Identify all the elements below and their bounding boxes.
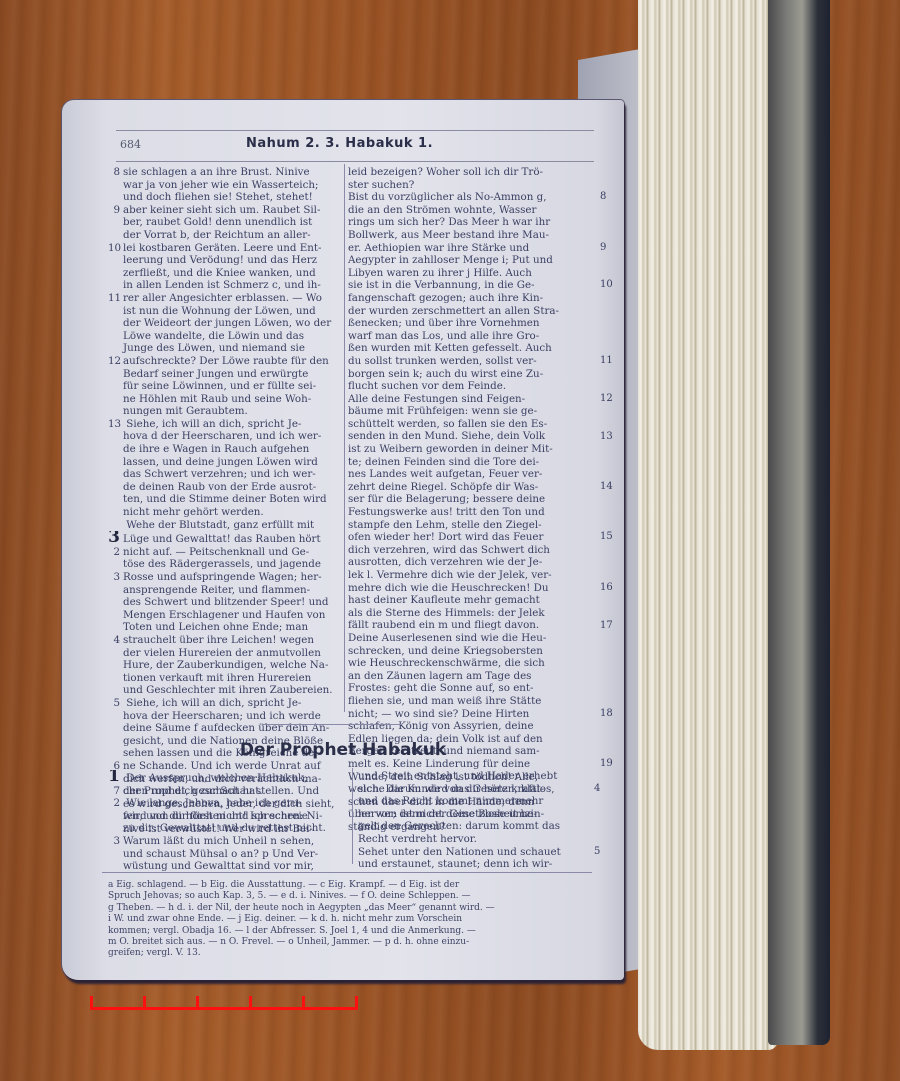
verse-number: 5: [108, 697, 120, 710]
text-line: Alle deine Festungen sind Feigen-: [348, 393, 596, 406]
text-line: sie ist in die Verbannung, in die Ge-: [348, 279, 596, 292]
text-line: die an den Strömen wohnte, Wasser: [348, 204, 596, 217]
verse-text: te; deinen Feinden sind die Tore dei-: [348, 456, 539, 468]
right-column-text: leid bezeigen? Woher soll ich dir Trö-st…: [348, 166, 596, 833]
text-line: und doch fliehen sie! Stehet, stehet!: [108, 191, 340, 204]
verse-text: de ihre e Wagen in Rauch aufgehen: [123, 443, 309, 455]
verse-number: 14: [600, 481, 613, 494]
text-line: der Vorrat b, der Reichtum an aller-: [108, 229, 340, 242]
text-line: warf man das Los, und alle ihre Gro-: [348, 330, 596, 343]
verse-text: fliehen sie, und man weiß ihre Stätte: [348, 695, 541, 707]
text-line: bäume mit Frühfeigen: wenn sie ge-: [348, 405, 596, 418]
verse-text: an den Zäunen lagern am Tage des: [348, 670, 531, 682]
verse-text: hast deiner Kaufleute mehr gemacht: [348, 594, 540, 606]
text-line: 3Lüge und Gewalttat! das Rauben hört: [108, 531, 340, 546]
text-line: und schaust Mühsal o an? p Und Ver-: [108, 848, 346, 861]
text-line: hast deiner Kaufleute mehr gemacht: [348, 594, 596, 607]
text-line: wie Heuschreckenschwärme, die sich: [348, 657, 596, 670]
text-line: ßenecken; und über ihre Vornehmen: [348, 317, 596, 330]
verse-text: Siehe, ich will an dich, spricht Je-: [123, 418, 301, 430]
verse-text: ist zu Weibern geworden in deiner Mit-: [348, 443, 553, 455]
text-line: te; deinen Feinden sind die Tore dei-: [348, 456, 596, 469]
verse-text: hervor; denn der Gesetzlose umzin-: [358, 808, 544, 820]
verse-text: dich verzehren, wird das Schwert dich: [348, 544, 550, 556]
verse-number: 2: [108, 546, 120, 559]
text-line: schrecken, und deine Kriegsobersten: [348, 645, 596, 658]
footnote-line: g Theben. — h d. i. der Nil, der heute n…: [108, 903, 598, 914]
verse-text: strauchelt über ihre Leichen! wegen: [123, 634, 314, 646]
section-separator: [262, 724, 402, 725]
verse-text: Bedarf seiner Jungen und erwürgte: [123, 368, 308, 380]
verse-number: 18: [600, 708, 613, 721]
verse-text: ster suchen?: [348, 179, 414, 191]
verse-text: ist nun die Wohnung der Löwen, und: [123, 305, 316, 317]
text-line: an den Zäunen lagern am Tage des: [348, 670, 596, 683]
verse-number: 3: [108, 571, 120, 584]
verse-text: flucht suchen vor dem Feinde.: [348, 380, 506, 392]
verse-text: Festungswerke aus! tritt den Ton und: [348, 506, 545, 518]
verse-number: 2: [108, 797, 120, 810]
footnote-line: m O. breitet sich aus. — n O. Frevel. — …: [108, 937, 598, 948]
chapter-number: 1: [108, 770, 120, 783]
text-line: Bollwerk, aus Meer bestand ihre Mau-: [348, 229, 596, 242]
verse-text: Siehe, ich will an dich, spricht Je-: [123, 697, 301, 709]
text-line: 10lei kostbaren Geräten. Leere und Ent-: [108, 242, 340, 255]
text-line: Wehe der Blutstadt, ganz erfüllt mit: [108, 519, 340, 532]
verse-text: nicht mehr gehört werden.: [123, 506, 264, 518]
text-line: der Weideort der jungen Löwen, wo der: [108, 317, 340, 330]
verse-text: Deine Auserlesenen sind wie die Heu-: [348, 632, 546, 644]
text-line: nicht mehr gehört werden.: [108, 506, 340, 519]
verse-text: rer aller Angesichter erblassen. — Wo: [123, 292, 322, 304]
habakuk-left-column: 1 Der Ausspruch, welchen Habakuk,der Pro…: [108, 770, 346, 873]
verse-text: und erstaunet, staunet; denn ich wir-: [358, 858, 552, 870]
verse-text: ßenecken; und über ihre Vornehmen: [348, 317, 539, 329]
verse-text: nicht; — wo sind sie? Deine Hirten: [348, 708, 529, 720]
verse-number: 8: [600, 191, 606, 204]
text-line: fangenschaft gezogen; auch ihre Kin-: [348, 292, 596, 305]
text-line: war ja von jeher wie ein Wasserteich;: [108, 179, 340, 192]
text-line: leid bezeigen? Woher soll ich dir Trö-: [348, 166, 596, 179]
text-line: in allen Lenden ist Schmerz c, und ih-: [108, 279, 340, 292]
verse-text: Warum läßt du mich Unheil n sehen,: [123, 835, 314, 847]
verse-text: ser für die Belagerung; bessere deine: [348, 493, 545, 505]
chapter-number: 3: [108, 531, 120, 544]
verse-text: als die Sterne des Himmels: der Jelek: [348, 607, 545, 619]
page-number: 684: [120, 138, 141, 151]
verse-text: ten, und die Stimme deiner Boten wird: [123, 493, 327, 505]
verse-number: 12: [108, 355, 120, 368]
text-line: des Schwert und blitzender Speer! und: [108, 596, 340, 609]
verse-text: zehrt deine Riegel. Schöpfe dir Was-: [348, 481, 538, 493]
text-line: und das Recht kommt nimmermehr: [358, 795, 590, 808]
text-line: Bist du vorzüglicher als No-Ammon g,: [348, 191, 596, 204]
verse-number: 11: [108, 292, 120, 305]
text-line: borgen sein k; auch du wirst eine Zu-: [348, 368, 596, 381]
text-line: tionen verkauft mit ihren Hurereien: [108, 672, 340, 685]
text-line: er. Aethiopien war ihre Stärke und: [348, 242, 596, 255]
verse-text: Bollwerk, aus Meer bestand ihre Mau-: [348, 229, 549, 241]
text-line: ansprengende Reiter, und flammen-: [108, 584, 340, 597]
text-line: zehrt deine Riegel. Schöpfe dir Was-: [348, 481, 596, 494]
verse-number: 10: [108, 242, 120, 255]
page-block-edges: [638, 0, 778, 1050]
verse-text: aufschreckte? Der Löwe raubte für den: [123, 355, 329, 367]
text-line: 13 Siehe, ich will an dich, spricht Je-: [108, 418, 340, 431]
text-line: der vielen Hurereien der anmutvollen: [108, 647, 340, 660]
verse-text: der vielen Hurereien der anmutvollen: [123, 647, 321, 659]
text-line: für seine Löwinnen, und er füllte sei-: [108, 380, 340, 393]
text-line: Toten und Leichen ohne Ende; man: [108, 621, 340, 634]
text-line: Junge des Löwen, und niemand sie: [108, 342, 340, 355]
verse-text: der wurden zerschmettert an allen Stra-: [348, 305, 559, 317]
verse-number: 8: [108, 166, 120, 179]
text-line: fen, und du hörst nicht! Ich schreie: [108, 810, 346, 823]
verse-text: er. Aethiopien war ihre Stärke und: [348, 242, 529, 254]
text-line: Recht verdreht hervor.: [358, 833, 590, 846]
text-line: ist nun die Wohnung der Löwen, und: [108, 305, 340, 318]
text-line: de deinen Raub von der Erde ausrot-: [108, 481, 340, 494]
verse-text: gelt den Gerechten: darum kommt das: [358, 820, 560, 832]
left-column-text: 8sie schlagen a an ihre Brust. Ninivewar…: [108, 166, 340, 835]
scale-bar-tick: [196, 996, 199, 1010]
text-line: ten, und die Stimme deiner Boten wird: [108, 493, 340, 506]
verse-text: das Schwert verzehren; und ich wer-: [123, 468, 316, 480]
text-line: Libyen waren zu ihrer j Hilfe. Auch: [348, 267, 596, 280]
text-line: der Prophet, geschaut hat.: [108, 785, 346, 798]
text-line: töse des Rädergerassels, und jagende: [108, 558, 340, 571]
verse-number: 10: [600, 279, 613, 292]
verse-text: fen, und du hörst nicht! Ich schreie: [123, 810, 308, 822]
verse-text: nungen mit Geraubtem.: [123, 405, 248, 417]
habakuk-right-column: und Streit entsteht, und Hader erhebt4si…: [358, 770, 590, 871]
text-line: ser für die Belagerung; bessere deine: [348, 493, 596, 506]
verse-text: zerfließt, und die Kniee wanken, und: [123, 267, 316, 279]
text-line: fällt raubend ein m und fliegt davon.: [348, 619, 596, 632]
text-line: Löwe wandelte, die Löwin und das: [108, 330, 340, 343]
verse-text: ber, raubet Gold! denn unendlich ist: [123, 216, 312, 228]
verse-text: bäume mit Frühfeigen: wenn sie ge-: [348, 405, 537, 417]
text-line: stampfe den Lehm, stelle den Ziegel-: [348, 519, 596, 532]
text-line: Deine Auserlesenen sind wie die Heu-: [348, 632, 596, 645]
verse-number: 3: [108, 835, 120, 848]
text-line: Sehet unter den Nationen und schauet: [358, 846, 590, 859]
verse-text: du sollst trunken werden, sollst ver-: [348, 355, 537, 367]
verse-text: nicht auf. — Peitschenknall und Ge-: [123, 546, 309, 558]
book-page: 684 Nahum 2. 3. Habakuk 1. 8sie schlagen…: [62, 100, 624, 980]
text-line: rings um sich her? Das Meer h war ihr: [348, 216, 596, 229]
verse-text: stampfe den Lehm, stelle den Ziegel-: [348, 519, 542, 531]
verse-text: Hure, der Zauberkundigen, welche Na-: [123, 659, 328, 671]
text-line: Bedarf seiner Jungen und erwürgte: [108, 368, 340, 381]
verse-text: Lüge und Gewalttat! das Rauben hört: [123, 533, 321, 545]
text-line: ster suchen?: [348, 179, 596, 192]
text-line: Frostes: geht die Sonne auf, so ent-: [348, 682, 596, 695]
verse-text: Junge des Löwen, und niemand sie: [123, 342, 305, 354]
text-line: 2nicht auf. — Peitschenknall und Ge-: [108, 546, 340, 559]
text-line: 3Warum läßt du mich Unheil n sehen,: [108, 835, 346, 848]
verse-text: Mengen Erschlagener und Haufen von: [123, 609, 325, 621]
text-line: 1 Der Ausspruch, welchen Habakuk,: [108, 770, 346, 785]
text-line: flucht suchen vor dem Feinde.: [348, 380, 596, 393]
text-line: und Streit entsteht, und Hader erhebt: [358, 770, 590, 783]
text-line: als die Sterne des Himmels: der Jelek: [348, 607, 596, 620]
verse-text: Recht verdreht hervor.: [358, 833, 477, 845]
verse-number: 16: [600, 582, 613, 595]
verse-text: fangenschaft gezogen; auch ihre Kin-: [348, 292, 543, 304]
verse-text: lassen, und deine jungen Löwen wird: [123, 456, 318, 468]
verse-number: 5: [594, 846, 600, 859]
verse-text: borgen sein k; auch du wirst eine Zu-: [348, 368, 543, 380]
verse-text: und Streit entsteht, und Hader erhebt: [358, 770, 557, 782]
book-title: Der Prophet Habakuk: [62, 740, 624, 760]
verse-text: des Schwert und blitzender Speer! und: [123, 596, 328, 608]
verse-text: wüstung und Gewalttat sind vor mir,: [123, 860, 314, 872]
text-line: ausrotten, dich verzehren wie der Je-: [348, 556, 596, 569]
text-line: 4strauchelt über ihre Leichen! wegen: [108, 634, 340, 647]
verse-text: ansprengende Reiter, und flammen-: [123, 584, 310, 596]
verse-text: Sehet unter den Nationen und schauet: [358, 846, 561, 858]
verse-text: rings um sich her? Das Meer h war ihr: [348, 216, 550, 228]
column-divider: [344, 164, 345, 712]
text-line: ist zu Weibern geworden in deiner Mit-: [348, 443, 596, 456]
verse-number: 9: [600, 242, 606, 255]
text-line: lassen, und deine jungen Löwen wird: [108, 456, 340, 469]
page-header: 684 Nahum 2. 3. Habakuk 1.: [116, 130, 594, 162]
text-line: Aegypter in zahlloser Menge i; Put und: [348, 254, 596, 267]
verse-text: fällt raubend ein m und fliegt davon.: [348, 619, 539, 631]
verse-text: wie Heuschreckenschwärme, die sich: [348, 657, 545, 669]
text-line: 3Rosse und aufspringende Wagen; her-: [108, 571, 340, 584]
text-line: sich. Darum wird das Gesetz kraftlos,: [358, 783, 590, 796]
text-line: nungen mit Geraubtem.: [108, 405, 340, 418]
verse-text: für seine Löwinnen, und er füllte sei-: [123, 380, 316, 392]
footnote-line: Spruch Jehovas; so auch Kap. 3, 5. — e d…: [108, 891, 598, 902]
verse-text: ofen wieder her! Dort wird das Feuer: [348, 531, 543, 543]
verse-text: und doch fliehen sie! Stehet, stehet!: [123, 191, 313, 203]
verse-text: ne Höhlen mit Raub und seine Woh-: [123, 393, 311, 405]
text-line: schlafen, König von Assyrien, deine: [348, 720, 596, 733]
text-line: senden in den Mund. Siehe, dein Volk: [348, 430, 596, 443]
scale-bar-tick: [302, 996, 305, 1010]
column-divider-habakuk: [352, 768, 353, 864]
text-line: 9aber keiner sieht sich um. Raubet Sil-: [108, 204, 340, 217]
verse-text: der Prophet, geschaut hat.: [123, 785, 263, 797]
scale-bar: [90, 996, 358, 1010]
verse-number: 11: [600, 355, 613, 368]
footnote-line: a Eig. schlagend. — b Eig. die Ausstattu…: [108, 880, 598, 891]
text-line: ßen wurden mit Ketten gefesselt. Auch: [348, 342, 596, 355]
text-line: ne Höhlen mit Raub und seine Woh-: [108, 393, 340, 406]
book-cover-spine: [768, 0, 830, 1045]
text-line: der wurden zerschmettert an allen Stra-: [348, 305, 596, 318]
verse-text: töse des Rädergerassels, und jagende: [123, 558, 321, 570]
verse-text: die an den Strömen wohnte, Wasser: [348, 204, 536, 216]
text-line: fliehen sie, und man weiß ihre Stätte: [348, 695, 596, 708]
verse-text: sie schlagen a an ihre Brust. Ninive: [123, 166, 310, 178]
text-line: Mengen Erschlagener und Haufen von: [108, 609, 340, 622]
text-line: hervor; denn der Gesetzlose umzin-: [358, 808, 590, 821]
verse-text: der Weideort der jungen Löwen, wo der: [123, 317, 331, 329]
verse-number: 15: [600, 531, 613, 544]
verse-text: und schaust Mühsal o an? p Und Ver-: [123, 848, 318, 860]
verse-number: 4: [594, 783, 600, 796]
verse-text: schrecken, und deine Kriegsobersten: [348, 645, 543, 657]
verse-text: senden in den Mund. Siehe, dein Volk: [348, 430, 545, 442]
verse-number: 17: [600, 620, 613, 633]
text-line: nicht; — wo sind sie? Deine Hirten: [348, 708, 596, 721]
verse-text: Rosse und aufspringende Wagen; her-: [123, 571, 322, 583]
text-line: leerung und Verödung! und das Herz: [108, 254, 340, 267]
verse-text: schüttelt werden, so fallen sie den Es-: [348, 418, 547, 430]
verse-text: warf man das Los, und alle ihre Gro-: [348, 330, 539, 342]
text-line: de ihre e Wagen in Rauch aufgehen: [108, 443, 340, 456]
verse-text: Wehe der Blutstadt, ganz erfüllt mit: [123, 519, 314, 531]
verse-text: Alle deine Festungen sind Feigen-: [348, 393, 525, 405]
verse-text: mehre dich wie die Heuschrecken! Du: [348, 582, 549, 594]
text-line: lek l. Vermehre dich wie der Jelek, ver-: [348, 569, 596, 582]
verse-text: aber keiner sieht sich um. Raubet Sil-: [123, 204, 320, 216]
text-line: 11rer aller Angesichter erblassen. — Wo: [108, 292, 340, 305]
text-line: du sollst trunken werden, sollst ver-: [348, 355, 596, 368]
verse-text: leid bezeigen? Woher soll ich dir Trö-: [348, 166, 543, 178]
footnote-line: kommen; vergl. Obadja 16. — l der Abfres…: [108, 926, 598, 937]
text-line: schüttelt werden, so fallen sie den Es-: [348, 418, 596, 431]
text-line: 8sie schlagen a an ihre Brust. Ninive: [108, 166, 340, 179]
verse-text: Löwe wandelte, die Löwin und das: [123, 330, 304, 342]
verse-text: der Vorrat b, der Reichtum an aller-: [123, 229, 311, 241]
verse-text: ausrotten, dich verzehren wie der Je-: [348, 556, 542, 568]
verse-text: ßen wurden mit Ketten gefesselt. Auch: [348, 342, 552, 354]
verse-text: Libyen waren zu ihrer j Hilfe. Auch: [348, 267, 532, 279]
verse-text: Frostes: geht die Sonne auf, so ent-: [348, 682, 534, 694]
verse-text: hova der Heerscharen; und ich werde: [123, 710, 321, 722]
text-line: und Geschlechter mit ihren Zaubereien.: [108, 684, 340, 697]
text-line: zerfließt, und die Kniee wanken, und: [108, 267, 340, 280]
text-line: Festungswerke aus! tritt den Ton und: [348, 506, 596, 519]
verse-text: tionen verkauft mit ihren Hurereien: [123, 672, 311, 684]
text-line: hova der Heerscharen; und ich werde: [108, 710, 340, 723]
footnote-line: greifen; vergl. V. 13.: [108, 948, 598, 959]
verse-text: Wie lange, Jehova, habe ich geru-: [123, 797, 302, 809]
running-header: Nahum 2. 3. Habakuk 1.: [246, 136, 433, 151]
verse-text: Der Ausspruch, welchen Habakuk,: [123, 772, 307, 784]
verse-text: und Geschlechter mit ihren Zaubereien.: [123, 684, 333, 696]
text-line: nes Landes weit aufgetan, Feuer ver-: [348, 468, 596, 481]
text-line: hova d der Heerscharen, und ich wer-: [108, 430, 340, 443]
scale-bar-tick: [355, 996, 358, 1010]
scale-bar-tick: [90, 996, 93, 1010]
text-line: 2 Wie lange, Jehova, habe ich geru-: [108, 797, 346, 810]
verse-number: 12: [600, 393, 613, 406]
text-line: das Schwert verzehren; und ich wer-: [108, 468, 340, 481]
verse-text: zu dir: Gewalttat! und du rettest nicht.: [123, 822, 326, 834]
text-line: zu dir: Gewalttat! und du rettest nicht.: [108, 822, 346, 835]
verse-text: leerung und Verödung! und das Herz: [123, 254, 317, 266]
scale-bar-line: [90, 1007, 358, 1010]
verse-text: Bist du vorzüglicher als No-Ammon g,: [348, 191, 547, 203]
verse-text: schlafen, König von Assyrien, deine: [348, 720, 534, 732]
verse-number: 9: [108, 204, 120, 217]
text-line: ber, raubet Gold! denn unendlich ist: [108, 216, 340, 229]
scale-bar-tick: [249, 996, 252, 1010]
text-line: dich verzehren, wird das Schwert dich: [348, 544, 596, 557]
footnotes: a Eig. schlagend. — b Eig. die Ausstattu…: [108, 880, 598, 960]
verse-number: 19: [600, 758, 613, 771]
verse-text: in allen Lenden ist Schmerz c, und ih-: [123, 279, 321, 291]
verse-number: 4: [108, 634, 120, 647]
text-line: wüstung und Gewalttat sind vor mir,: [108, 860, 346, 873]
verse-text: hova d der Heerscharen, und ich wer-: [123, 430, 321, 442]
verse-text: de deinen Raub von der Erde ausrot-: [123, 481, 316, 493]
footnote-separator: [102, 872, 592, 873]
scale-bar-tick: [143, 996, 146, 1010]
verse-number: 13: [108, 418, 120, 431]
text-line: 5 Siehe, ich will an dich, spricht Je-: [108, 697, 340, 710]
text-line: Hure, der Zauberkundigen, welche Na-: [108, 659, 340, 672]
text-line: gelt den Gerechten: darum kommt das: [358, 820, 590, 833]
verse-text: lei kostbaren Geräten. Leere und Ent-: [123, 242, 321, 254]
footnote-line: i W. und zwar ohne Ende. — j Eig. deiner…: [108, 914, 598, 925]
verse-text: war ja von jeher wie ein Wasserteich;: [123, 179, 318, 191]
verse-text: sie ist in die Verbannung, in die Ge-: [348, 279, 535, 291]
text-line: mehre dich wie die Heuschrecken! Du: [348, 582, 596, 595]
verse-text: und das Recht kommt nimmermehr: [358, 795, 543, 807]
verse-text: sich. Darum wird das Gesetz kraftlos,: [358, 783, 555, 795]
verse-text: lek l. Vermehre dich wie der Jelek, ver-: [348, 569, 552, 581]
text-line: ofen wieder her! Dort wird das Feuer: [348, 531, 596, 544]
text-line: und erstaunet, staunet; denn ich wir-: [358, 858, 590, 871]
verse-text: Toten und Leichen ohne Ende; man: [123, 621, 308, 633]
text-line: 12aufschreckte? Der Löwe raubte für den: [108, 355, 340, 368]
verse-text: nes Landes weit aufgetan, Feuer ver-: [348, 468, 542, 480]
verse-number: 13: [600, 431, 613, 444]
verse-text: Aegypter in zahlloser Menge i; Put und: [348, 254, 553, 266]
